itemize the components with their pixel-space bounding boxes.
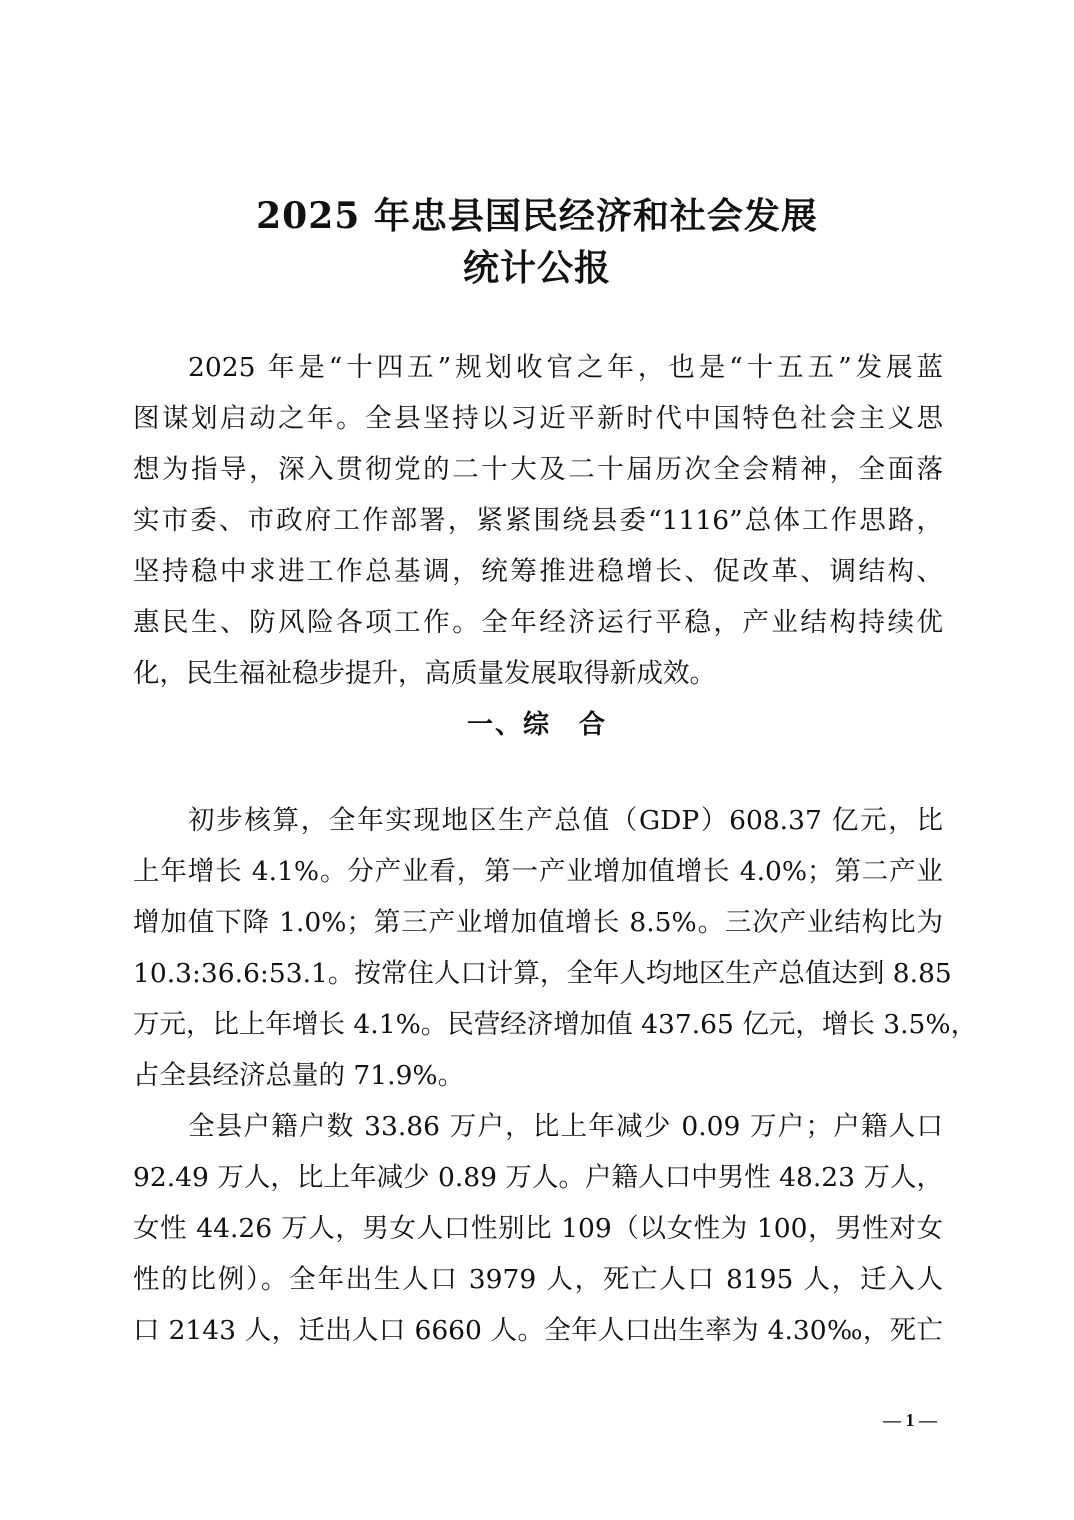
text-line: 坚持稳中求进工作总基调，统筹推进稳增长、促改革、调结构、 (133, 552, 943, 592)
text-line: 占全县经济总量的 71.9%。 (133, 1056, 943, 1096)
text-line: 惠民生、防风险各项工作。全年经济运行平稳，产业结构持续优 (133, 603, 943, 643)
text-line: 图谋划启动之年。全县坚持以习近平新时代中国特色社会主义思 (133, 399, 943, 439)
text-line: 化，民生福祉稳步提升，高质量发展取得新成效。 (133, 654, 943, 694)
text-line: 全县户籍户数 33.86 万户，比上年减少 0.09 万户；户籍人口 (188, 1107, 943, 1147)
document-title-line-2: 统计公报 (0, 240, 1074, 291)
text-line: 女性 44.26 万人，男女人口性别比 109（以女性为 100，男性对女 (133, 1209, 943, 1249)
page-number: — 1 — (870, 1410, 950, 1431)
text-line: 想为指导，深入贯彻党的二十大及二十届历次全会精神，全面落 (133, 450, 943, 490)
text-line: 上年增长 4.1%。分产业看，第一产业增加值增长 4.0%；第二产业 (133, 852, 943, 892)
text-line: 增加值下降 1.0%；第三产业增加值增长 8.5%。三次产业结构比为 (133, 903, 943, 943)
text-line: 性的比例）。全年出生人口 3979 人，死亡人口 8195 人，迁入人 (133, 1260, 943, 1300)
text-line: 实市委、市政府工作部署，紧紧围绕县委“1116”总体工作思路， (133, 501, 943, 541)
document-title-line-1: 2025 年忠县国民经济和社会发展 (0, 188, 1074, 239)
text-line: 初步核算，全年实现地区生产总值（GDP）608.37 亿元，比 (188, 801, 943, 841)
text-line: 口 2143 人，迁出人口 6660 人。全年人口出生率为 4.30‰，死亡 (133, 1311, 943, 1351)
text-line: 万元，比上年增长 4.1%。民营经济增加值 437.65 亿元，增长 3.5%， (133, 1005, 943, 1045)
text-line: 10.3:36.6:53.1。按常住人口计算，全年人均地区生产总值达到 8.85 (133, 954, 943, 994)
section-heading: 一、综 合 (0, 704, 1074, 741)
text-line: 92.49 万人，比上年减少 0.89 万人。户籍人口中男性 48.23 万人， (133, 1158, 943, 1198)
text-line: 2025 年是“十四五”规划收官之年，也是“十五五”发展蓝 (188, 348, 943, 388)
